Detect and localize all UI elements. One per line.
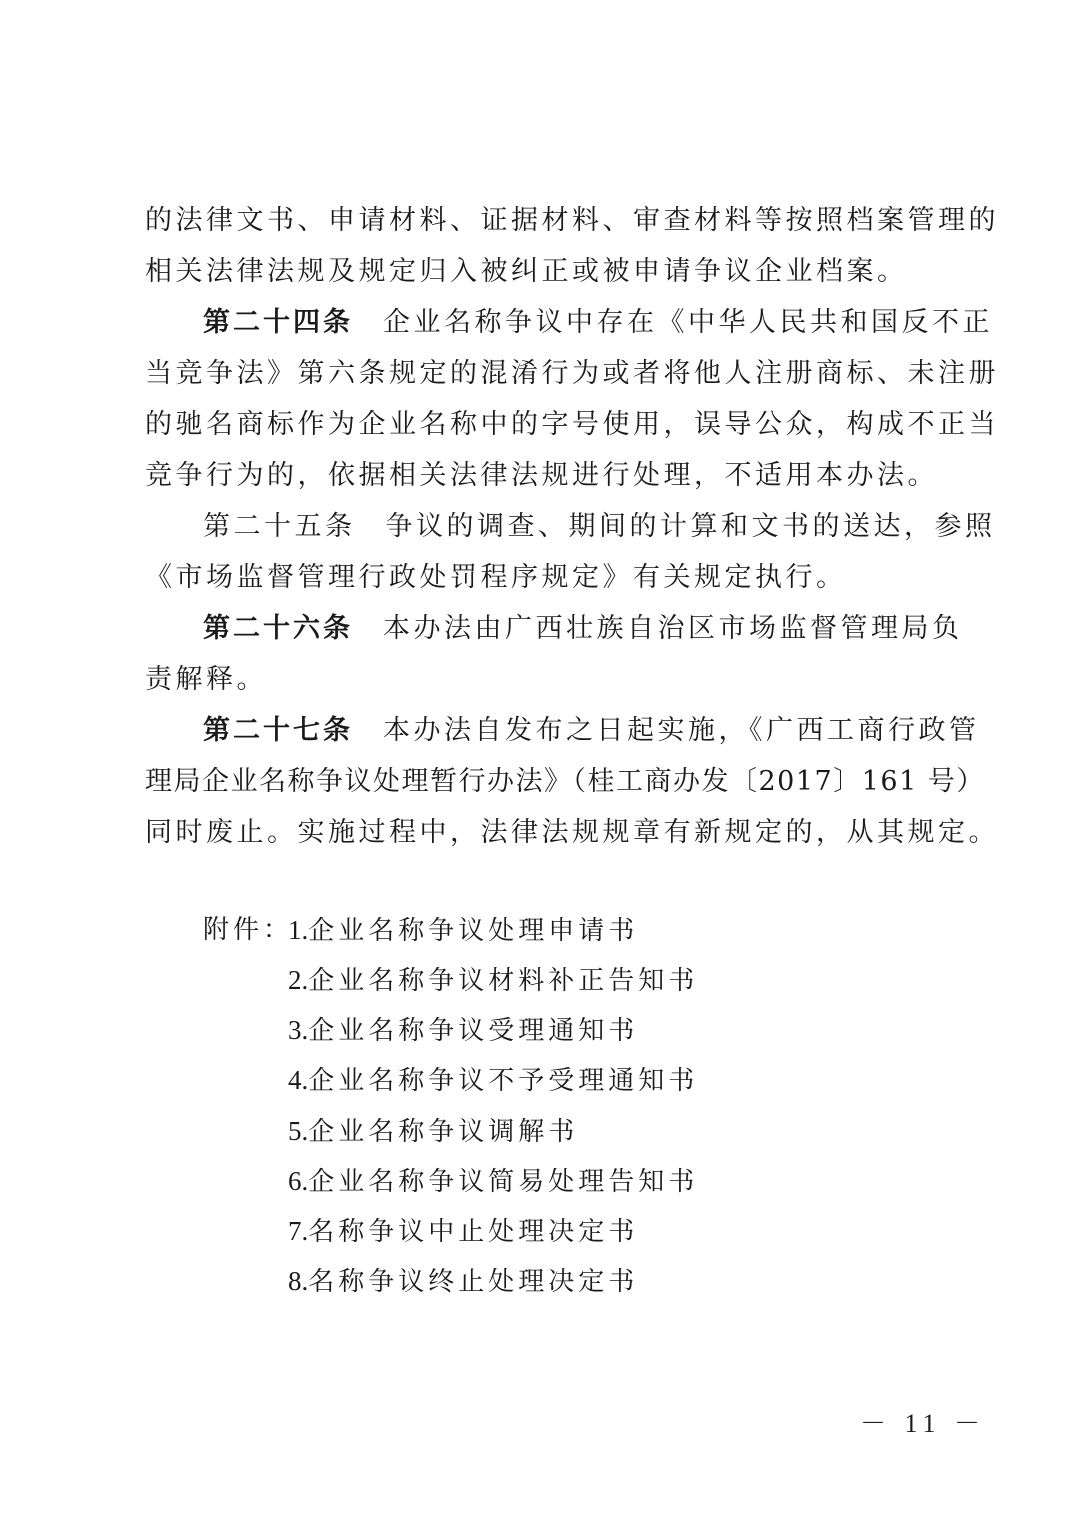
page-number: － 11 － xyxy=(860,1408,986,1440)
article-25-first-line: 第二十五条争议的调查、期间的计算和文书的送达，参照 xyxy=(203,511,1003,543)
attachment-item: 6.企业名称争议简易处理告知书 xyxy=(288,1165,698,1198)
attachment-title: 企业名称争议不予受理通知书 xyxy=(308,1066,698,1096)
paragraph-line: 《市场监督管理行政处罚程序规定》有关规定执行。 xyxy=(145,562,945,594)
attachment-title: 企业名称争议材料补正告知书 xyxy=(308,966,698,996)
attachment-item: 4.企业名称争议不予受理通知书 xyxy=(288,1064,698,1097)
attachment-number: 4. xyxy=(288,1065,308,1095)
paragraph-line: 同时废止。实施过程中，法律法规规章有新规定的，从其规定。 xyxy=(145,817,945,849)
attachment-number: 1. xyxy=(288,915,308,945)
attachment-title: 名称争议中止处理决定书 xyxy=(308,1217,638,1247)
article-27-first-line: 第二十七条本办法自发布之日起实施，《广西工商行政管 xyxy=(203,715,1003,747)
paragraph-line: 的驰名商标作为企业名称中的字号使用，误导公众，构成不正当 xyxy=(145,409,945,441)
paragraph-line: 相关法律法规及规定归入被纠正或被申请争议企业档案。 xyxy=(145,256,945,288)
attachment-number: 5. xyxy=(288,1116,308,1146)
attachment-number: 6. xyxy=(288,1166,308,1196)
article-text: 本办法自发布之日起实施，《广西工商行政管 xyxy=(383,715,980,746)
attachment-number: 7. xyxy=(288,1216,308,1246)
attachment-number: 3. xyxy=(288,1015,308,1045)
attachments-label: 附件： xyxy=(203,914,293,946)
article-text: 争议的调查、期间的计算和文书的送达，参照 xyxy=(386,511,996,542)
document-page: 的法律文书、申请材料、证据材料、审查材料等按照档案管理的 相关法律法规及规定归入… xyxy=(0,0,1074,1520)
attachment-item: 7.名称争议中止处理决定书 xyxy=(288,1215,638,1248)
attachment-title: 企业名称争议简易处理告知书 xyxy=(308,1167,698,1197)
article-24-first-line: 第二十四条企业名称争议中存在《中华人民共和国反不正 xyxy=(203,307,1003,339)
article-26-first-line: 第二十六条本办法由广西壮族自治区市场监督管理局负 xyxy=(203,613,1003,645)
paragraph-line: 理局企业名称争议处理暂行办法》（桂工商办发〔2017〕161 号） xyxy=(145,766,945,798)
article-heading: 第二十七条 xyxy=(203,715,353,746)
paragraph-line: 当竞争法》第六条规定的混淆行为或者将他人注册商标、未注册 xyxy=(145,358,945,390)
paragraph-line: 竞争行为的，依据相关法律法规进行处理，不适用本办法。 xyxy=(145,460,945,492)
article-text: 企业名称争议中存在《中华人民共和国反不正 xyxy=(383,307,993,338)
attachment-title: 企业名称争议调解书 xyxy=(308,1117,578,1147)
paragraph-line: 的法律文书、申请材料、证据材料、审查材料等按照档案管理的 xyxy=(145,205,945,237)
attachment-title: 企业名称争议受理通知书 xyxy=(308,1016,638,1046)
attachment-title: 企业名称争议处理申请书 xyxy=(308,916,638,946)
attachment-title: 名称争议终止处理决定书 xyxy=(308,1267,638,1297)
attachment-item: 1.企业名称争议处理申请书 xyxy=(288,914,638,947)
attachment-item: 3.企业名称争议受理通知书 xyxy=(288,1014,638,1047)
paragraph-line: 责解释。 xyxy=(145,664,945,696)
article-heading: 第二十五条 xyxy=(203,511,356,542)
article-heading: 第二十六条 xyxy=(203,613,353,644)
attachment-number: 8. xyxy=(288,1266,308,1296)
article-text: 本办法由广西壮族自治区市场监督管理局负 xyxy=(383,613,963,644)
attachment-number: 2. xyxy=(288,965,308,995)
attachment-item: 5.企业名称争议调解书 xyxy=(288,1115,578,1148)
attachment-item: 8.名称争议终止处理决定书 xyxy=(288,1265,638,1298)
attachment-item: 2.企业名称争议材料补正告知书 xyxy=(288,964,698,997)
article-heading: 第二十四条 xyxy=(203,307,353,338)
